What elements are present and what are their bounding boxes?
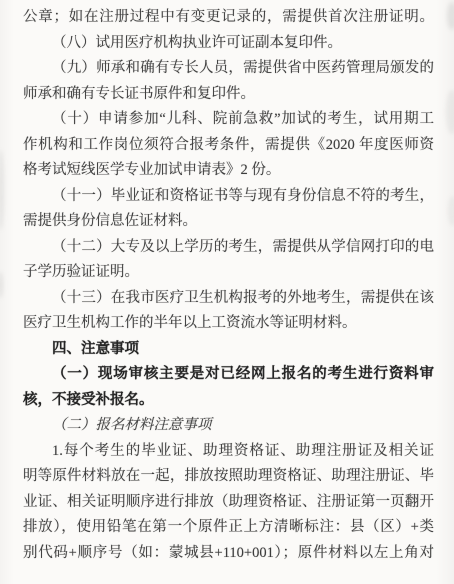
document-line: 核，不接受补报名。: [23, 388, 434, 414]
document-line: 四、注意事项: [23, 337, 434, 363]
scanned-document-page: 公章；如在注册过程中有变更记录的，需提供首次注册证明。（八）试用医疗机构执业许可…: [0, 0, 454, 584]
document-line: 子学历验证证明。: [23, 260, 434, 286]
document-line: 明等原件材料放在一起，排放按照助理资格证、助理注册证、毕: [23, 464, 434, 490]
document-line: 别代码+顺序号（如：蒙城县+110+001）；原件材料以左上角对: [23, 541, 434, 567]
document-line: 作机构和工作岗位须符合报考条件，需提供《2020 年度医师资: [23, 133, 434, 159]
document-line: 1.每个考生的毕业证、助理资格证、助理注册证及相关证: [23, 439, 434, 465]
document-line: （二）报名材料注意事项: [23, 413, 434, 439]
document-line: 公章；如在注册过程中有变更记录的，需提供首次注册证明。: [23, 5, 434, 31]
document-line: （九）师承和确有专长人员，需提供省中医药管理局颁发的: [23, 56, 434, 82]
document-line: 排放），使用铅笔在第一个原件正上方清晰标注：县（区）+类: [23, 515, 434, 541]
document-line: （十一）毕业证和资格证书等与现有身份信息不符的考生，: [23, 184, 434, 210]
document-line: 医疗卫生机构工作的半年以上工资流水等证明材料。: [23, 311, 434, 337]
document-line: 业证、相关证明顺序进行排放（助理资格证、注册证第一页翻开: [23, 490, 434, 516]
document-line: 格考试短线医学专业加试申请表》2 份。: [23, 158, 434, 184]
scan-smudge-artifact: [446, 90, 454, 134]
document-line: （八）试用医疗机构执业许可证副本复印件。: [23, 31, 434, 57]
document-line: （一）现场审核主要是对已经网上报名的考生进行资料审: [23, 362, 434, 388]
document-line: 师承和确有专长证书原件和复印件。: [23, 82, 434, 108]
scan-smudge-artifact: [0, 272, 3, 298]
document-line: （十三）在我市医疗卫生机构报考的外地考生，需提供在该: [23, 286, 434, 312]
document-line: （十）申请参加“儿科、院前急救”加试的考生，试用期工: [23, 107, 434, 133]
scan-smudge-artifact: [448, 196, 454, 226]
document-text-block: 公章；如在注册过程中有变更记录的，需提供首次注册证明。（八）试用医疗机构执业许可…: [23, 5, 434, 566]
document-line: 需提供身份信息佐证材料。: [23, 209, 434, 235]
document-line: （十二）大专及以上学历的考生，需提供从学信网打印的电: [23, 235, 434, 261]
scan-smudge-artifact: [447, 2, 454, 30]
scan-smudge-artifact: [0, 150, 4, 230]
